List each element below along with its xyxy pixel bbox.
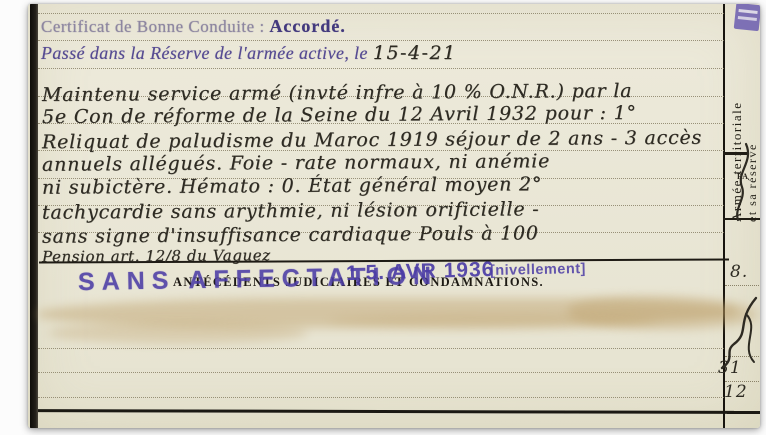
- handwritten-note-line: annuels allégués. Foie - rate normaux, n…: [42, 150, 550, 176]
- water-stain: [328, 314, 658, 328]
- ruled-line: [38, 348, 724, 349]
- section-bottom-line: [38, 409, 734, 414]
- margin-signature-flourish: [716, 292, 760, 372]
- ruled-line: [38, 68, 724, 69]
- column-bottom-line: [727, 411, 760, 414]
- ruled-line: [38, 13, 724, 14]
- handwritten-note-line: tachycardie sans arythmie, ni lésion ori…: [42, 198, 540, 223]
- reserve-label: Passé dans la Réserve de l'armée active,…: [41, 43, 368, 63]
- ruled-line: [725, 285, 759, 286]
- margin-figure: 8.: [730, 262, 748, 282]
- margin-figure: 12: [724, 382, 748, 402]
- certificat-line: Certificat de Bonne Conduite : Accordé.: [41, 16, 346, 37]
- binding-edge: [30, 4, 38, 428]
- reserve-line: Passé dans la Réserve de l'armée active,…: [41, 42, 457, 64]
- handwritten-note-line: sans signe d'insuffisance cardiaque Poul…: [42, 222, 539, 247]
- ruled-line: [38, 397, 724, 398]
- water-stain: [48, 322, 308, 344]
- ruled-line: [38, 40, 724, 41]
- handwritten-note-line: Pension art. 12/8 du Vaguez: [42, 246, 271, 266]
- certificat-value: Accordé.: [269, 16, 345, 36]
- screenshot-root: Certificat de Bonne Conduite : Accordé. …: [0, 0, 766, 435]
- ruled-line: [38, 372, 724, 373]
- document-scan: Certificat de Bonne Conduite : Accordé. …: [28, 4, 760, 428]
- handwritten-note-line: Reliquat de paludisme du Maroc 1919 séjo…: [42, 127, 702, 154]
- date-stamp: 1 5. AVR 1936: [346, 258, 495, 286]
- handwritten-note-line: 5e Con de réforme de la Seine du 12 Avri…: [42, 102, 637, 128]
- handwritten-note-line: ni subictère. Hémato : 0. État général m…: [42, 173, 542, 198]
- margin-flourish: [728, 142, 758, 222]
- certificat-label: Certificat de Bonne Conduite :: [41, 17, 265, 36]
- annotation-stamp: [nivellement]: [490, 261, 586, 279]
- reserve-date-handwritten: 15-4-21: [373, 42, 457, 64]
